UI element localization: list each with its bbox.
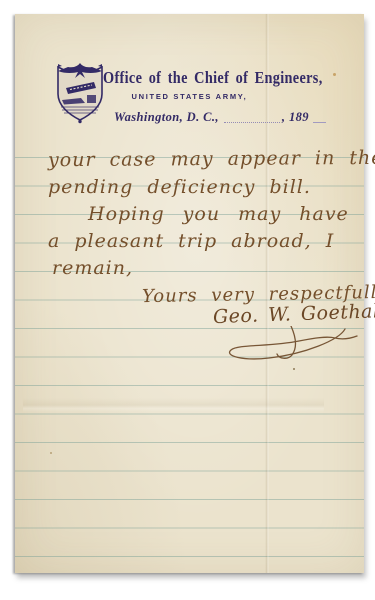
handwriting-line-4: a pleasant trip abroad, I: [48, 230, 334, 252]
horizontal-wrinkle: [23, 398, 324, 412]
handwriting-line-3: Hoping you may have: [88, 203, 349, 225]
handwriting-line-2: pending deficiency bill.: [48, 176, 311, 198]
handwriting-line-5: remain,: [52, 257, 133, 279]
signature-flourish: [207, 326, 362, 372]
handwriting-line-1: your case may appear in the: [48, 147, 375, 171]
date-blank-rule: [224, 112, 280, 123]
foxing-speck: [333, 73, 336, 76]
letter-paper: Office of the Chief of Engineers, UNITED…: [15, 14, 364, 573]
year-blank-rule: [313, 112, 326, 123]
letterhead-date-line: Washington, D. C., , 189: [114, 110, 326, 125]
letter-photo: Office of the Chief of Engineers, UNITED…: [0, 0, 375, 600]
letterhead-branch-line: UNITED STATES ARMY,: [15, 92, 364, 101]
letterhead-office-line: Office of the Chief of Engineers,: [103, 68, 323, 88]
foxing-speck: [50, 452, 52, 454]
letterhead-year: , 189: [282, 110, 309, 125]
letterhead-place: Washington, D. C.,: [114, 110, 219, 125]
